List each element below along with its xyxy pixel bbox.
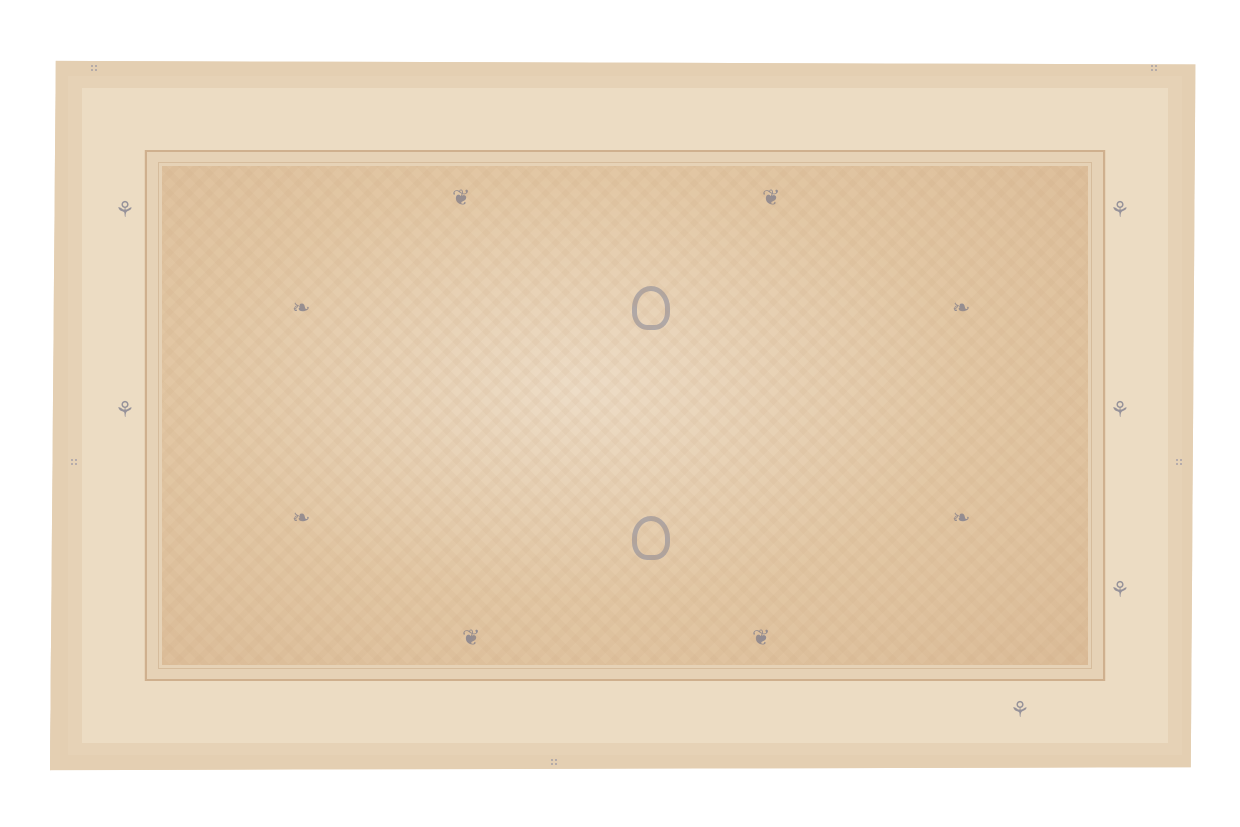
rug-field: ❦ ❦ ❧ ❧ ❧ ❧ ❦ ❦ xyxy=(162,166,1088,665)
leaf-motif: ❧ xyxy=(952,506,970,531)
border-motif: ⚘ xyxy=(115,398,135,423)
leaf-motif: ❧ xyxy=(292,506,310,531)
edge-dot-motif xyxy=(70,458,78,466)
edge-dot-motif xyxy=(1175,458,1183,466)
leaf-motif: ❧ xyxy=(292,296,310,321)
leaf-motif: ❧ xyxy=(952,296,970,321)
leaf-motif: ❦ xyxy=(762,186,780,211)
medallion-bottom xyxy=(632,516,670,560)
border-motif: ⚘ xyxy=(1110,198,1130,223)
border-motif: ⚘ xyxy=(1110,398,1130,423)
medallion-top xyxy=(632,286,670,330)
leaf-motif: ❦ xyxy=(452,186,470,211)
border-motif: ⚘ xyxy=(1110,578,1130,603)
edge-dot-motif xyxy=(550,758,558,766)
rug: ❦ ❦ ❧ ❧ ❧ ❧ ❦ ❦ ⚘ ⚘ ⚘ ⚘ ⚘ ⚘ xyxy=(50,58,1200,773)
border-motif: ⚘ xyxy=(115,198,135,223)
leaf-motif: ❦ xyxy=(462,626,480,651)
border-motif: ⚘ xyxy=(1010,698,1030,723)
corner-dot-motif xyxy=(90,64,98,72)
corner-dot-motif xyxy=(1150,64,1158,72)
leaf-motif: ❦ xyxy=(752,626,770,651)
